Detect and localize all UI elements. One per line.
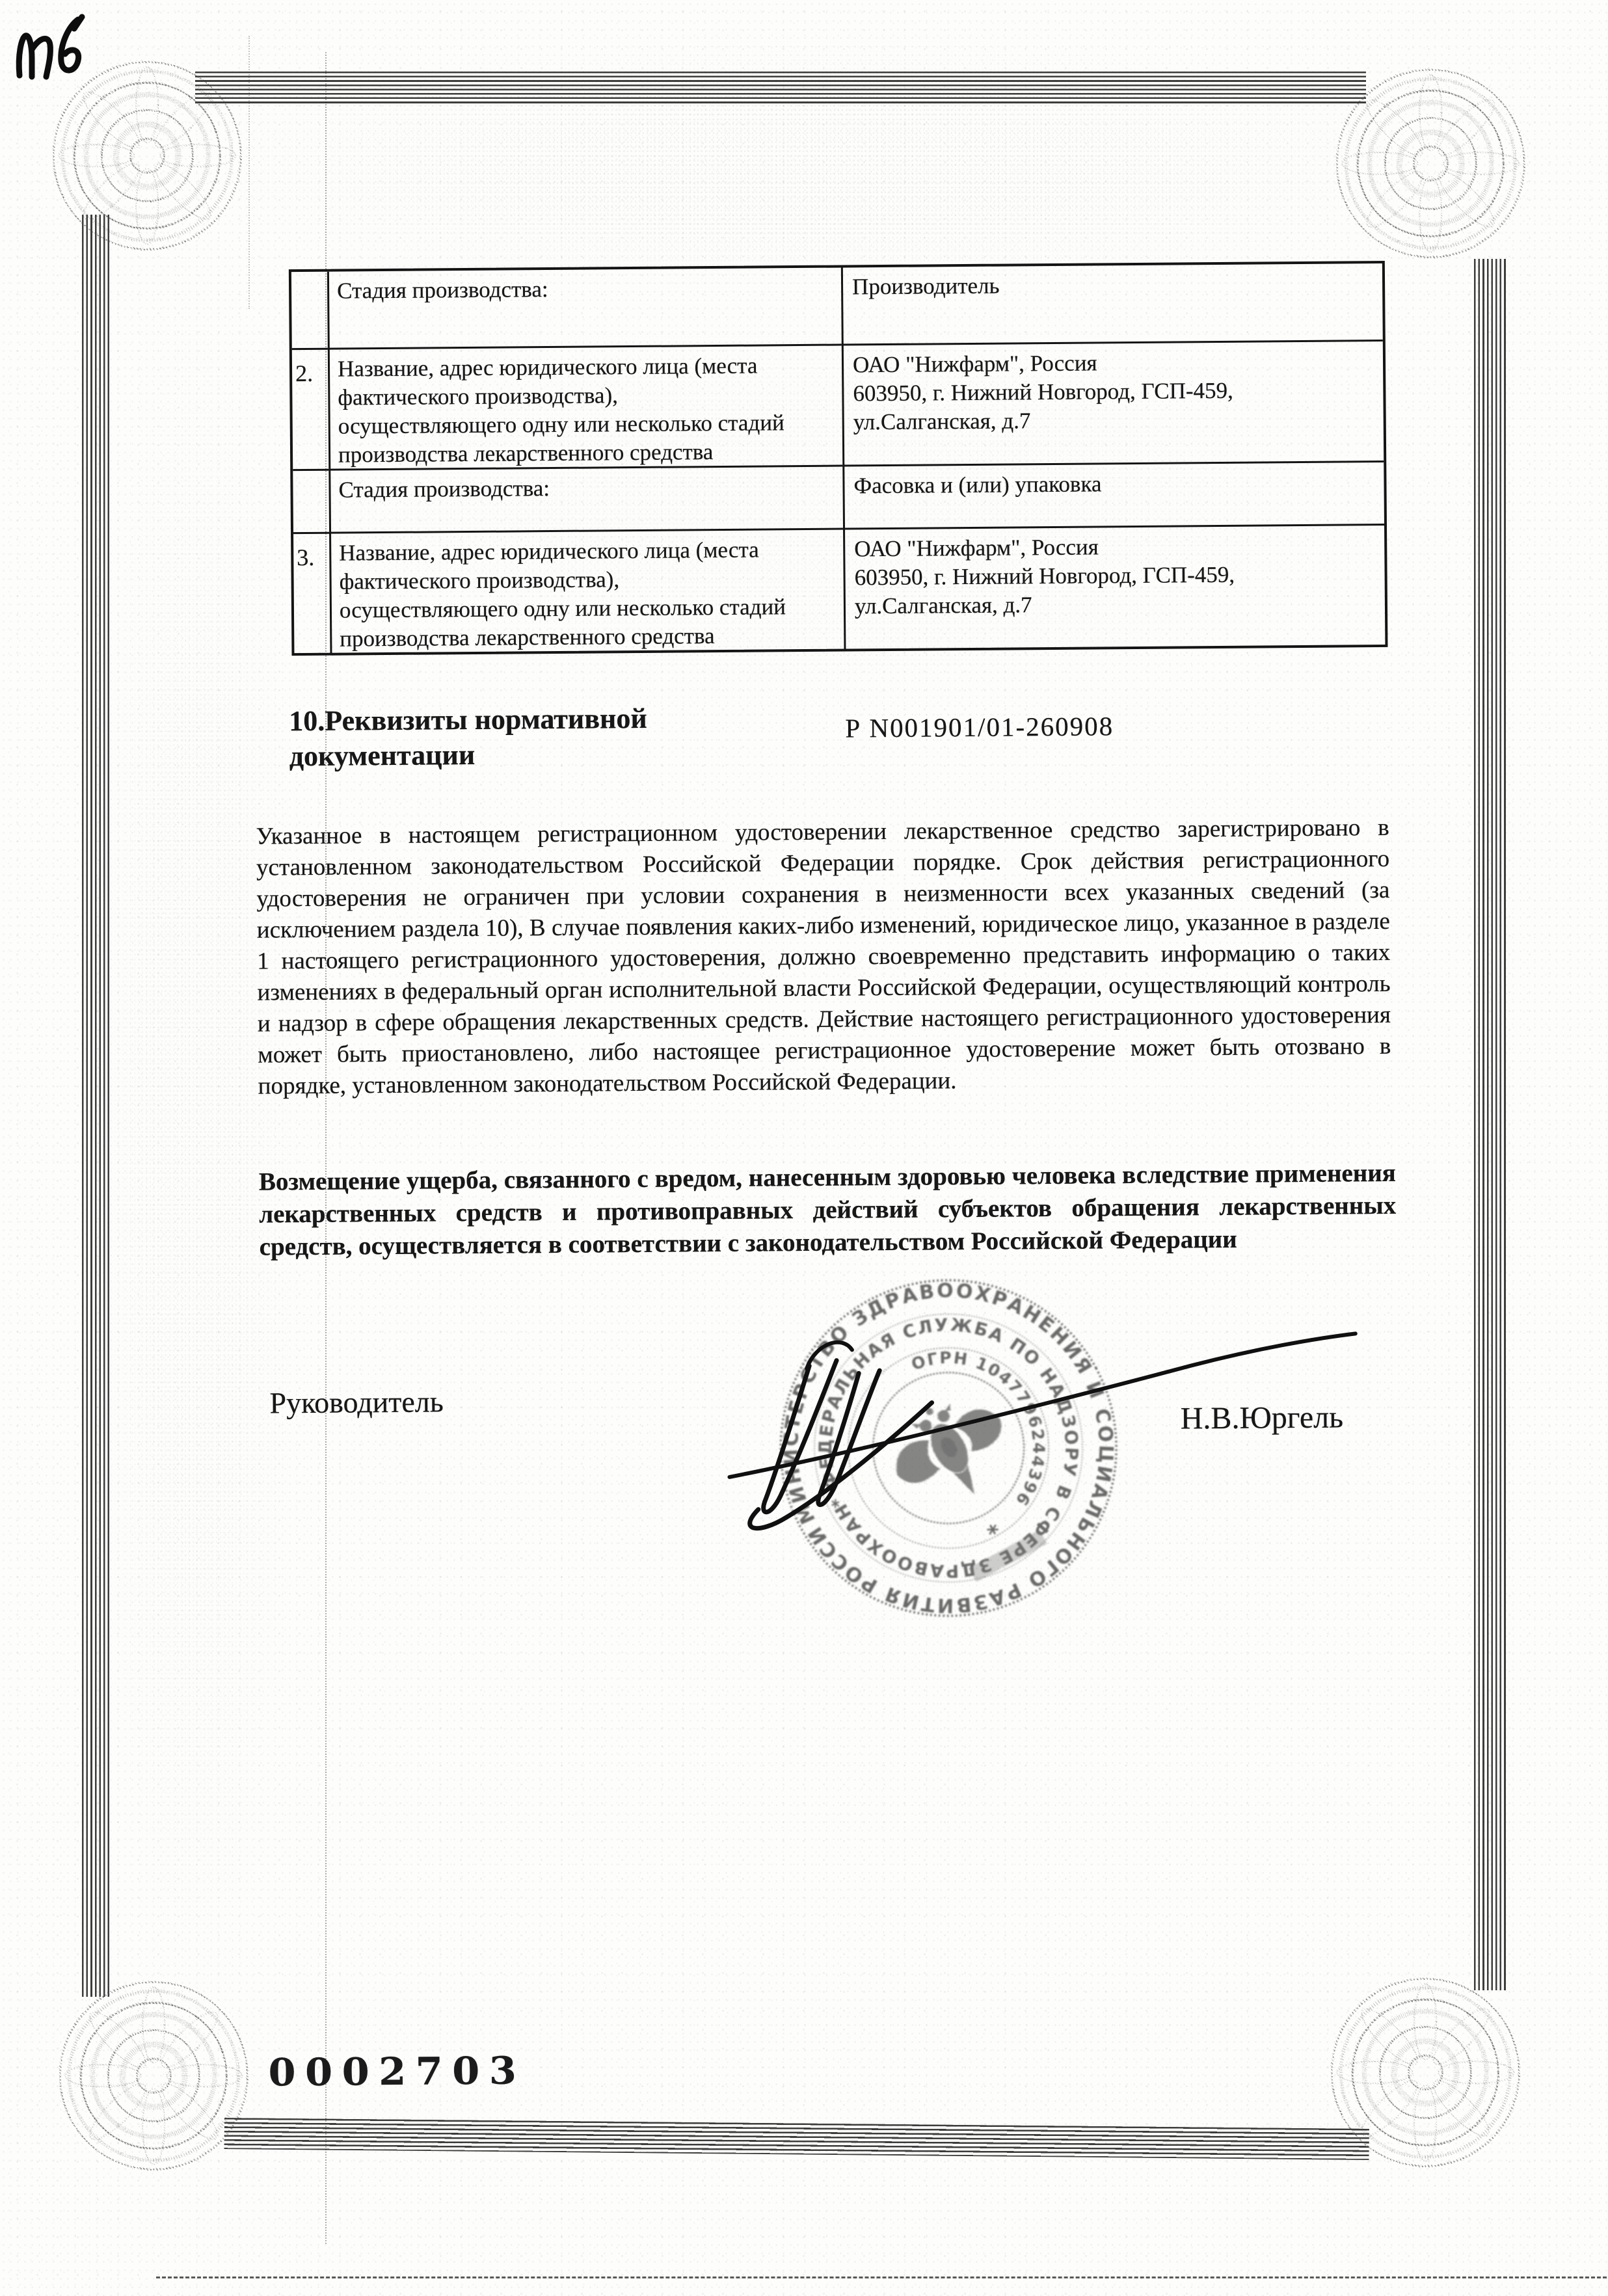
signatory-title: Руководитель xyxy=(269,1384,444,1420)
table-cell-label: Стадия производства: xyxy=(328,465,843,532)
table-cell-value: Производитель xyxy=(841,263,1383,344)
liability-paragraph: Возмещение ущерба, связанного с вредом, … xyxy=(259,1157,1397,1264)
table-cell-label: Стадия производства: xyxy=(327,268,842,348)
table-cell-value: ОАО "Нижфарм", Россия 603950, г. Нижний … xyxy=(843,524,1385,650)
rotated-scan-content: Стадия производства: Производитель 2. На… xyxy=(0,0,1608,2289)
registration-number: Р N001901/01-260908 xyxy=(845,710,1114,743)
registration-terms-paragraph: Указанное в настоящем регистрационном уд… xyxy=(256,812,1391,1102)
section-10-heading: 10.Реквизиты нормативной документации xyxy=(289,701,732,774)
table-cell-num: 2. xyxy=(292,348,328,469)
handwritten-signature xyxy=(612,1257,1395,1543)
table-cell-value: Фасовка и (или) упаковка xyxy=(842,461,1384,528)
table-cell-num: 3. xyxy=(293,532,330,654)
form-serial-number: 0002703 xyxy=(268,2048,526,2094)
table-cell-num xyxy=(293,469,329,532)
table-cell-value: ОАО "Нижфарм", Россия 603950, г. Нижний … xyxy=(842,340,1384,465)
table-cell-label: Название, адрес юридического лица (места… xyxy=(328,344,842,469)
table-cell-label: Название, адрес юридического лица (места… xyxy=(329,527,844,653)
production-stages-table: Стадия производства: Производитель 2. На… xyxy=(289,261,1388,656)
scanned-certificate-page: Стадия производства: Производитель 2. На… xyxy=(0,0,1608,2289)
table-cell-num xyxy=(291,272,328,348)
